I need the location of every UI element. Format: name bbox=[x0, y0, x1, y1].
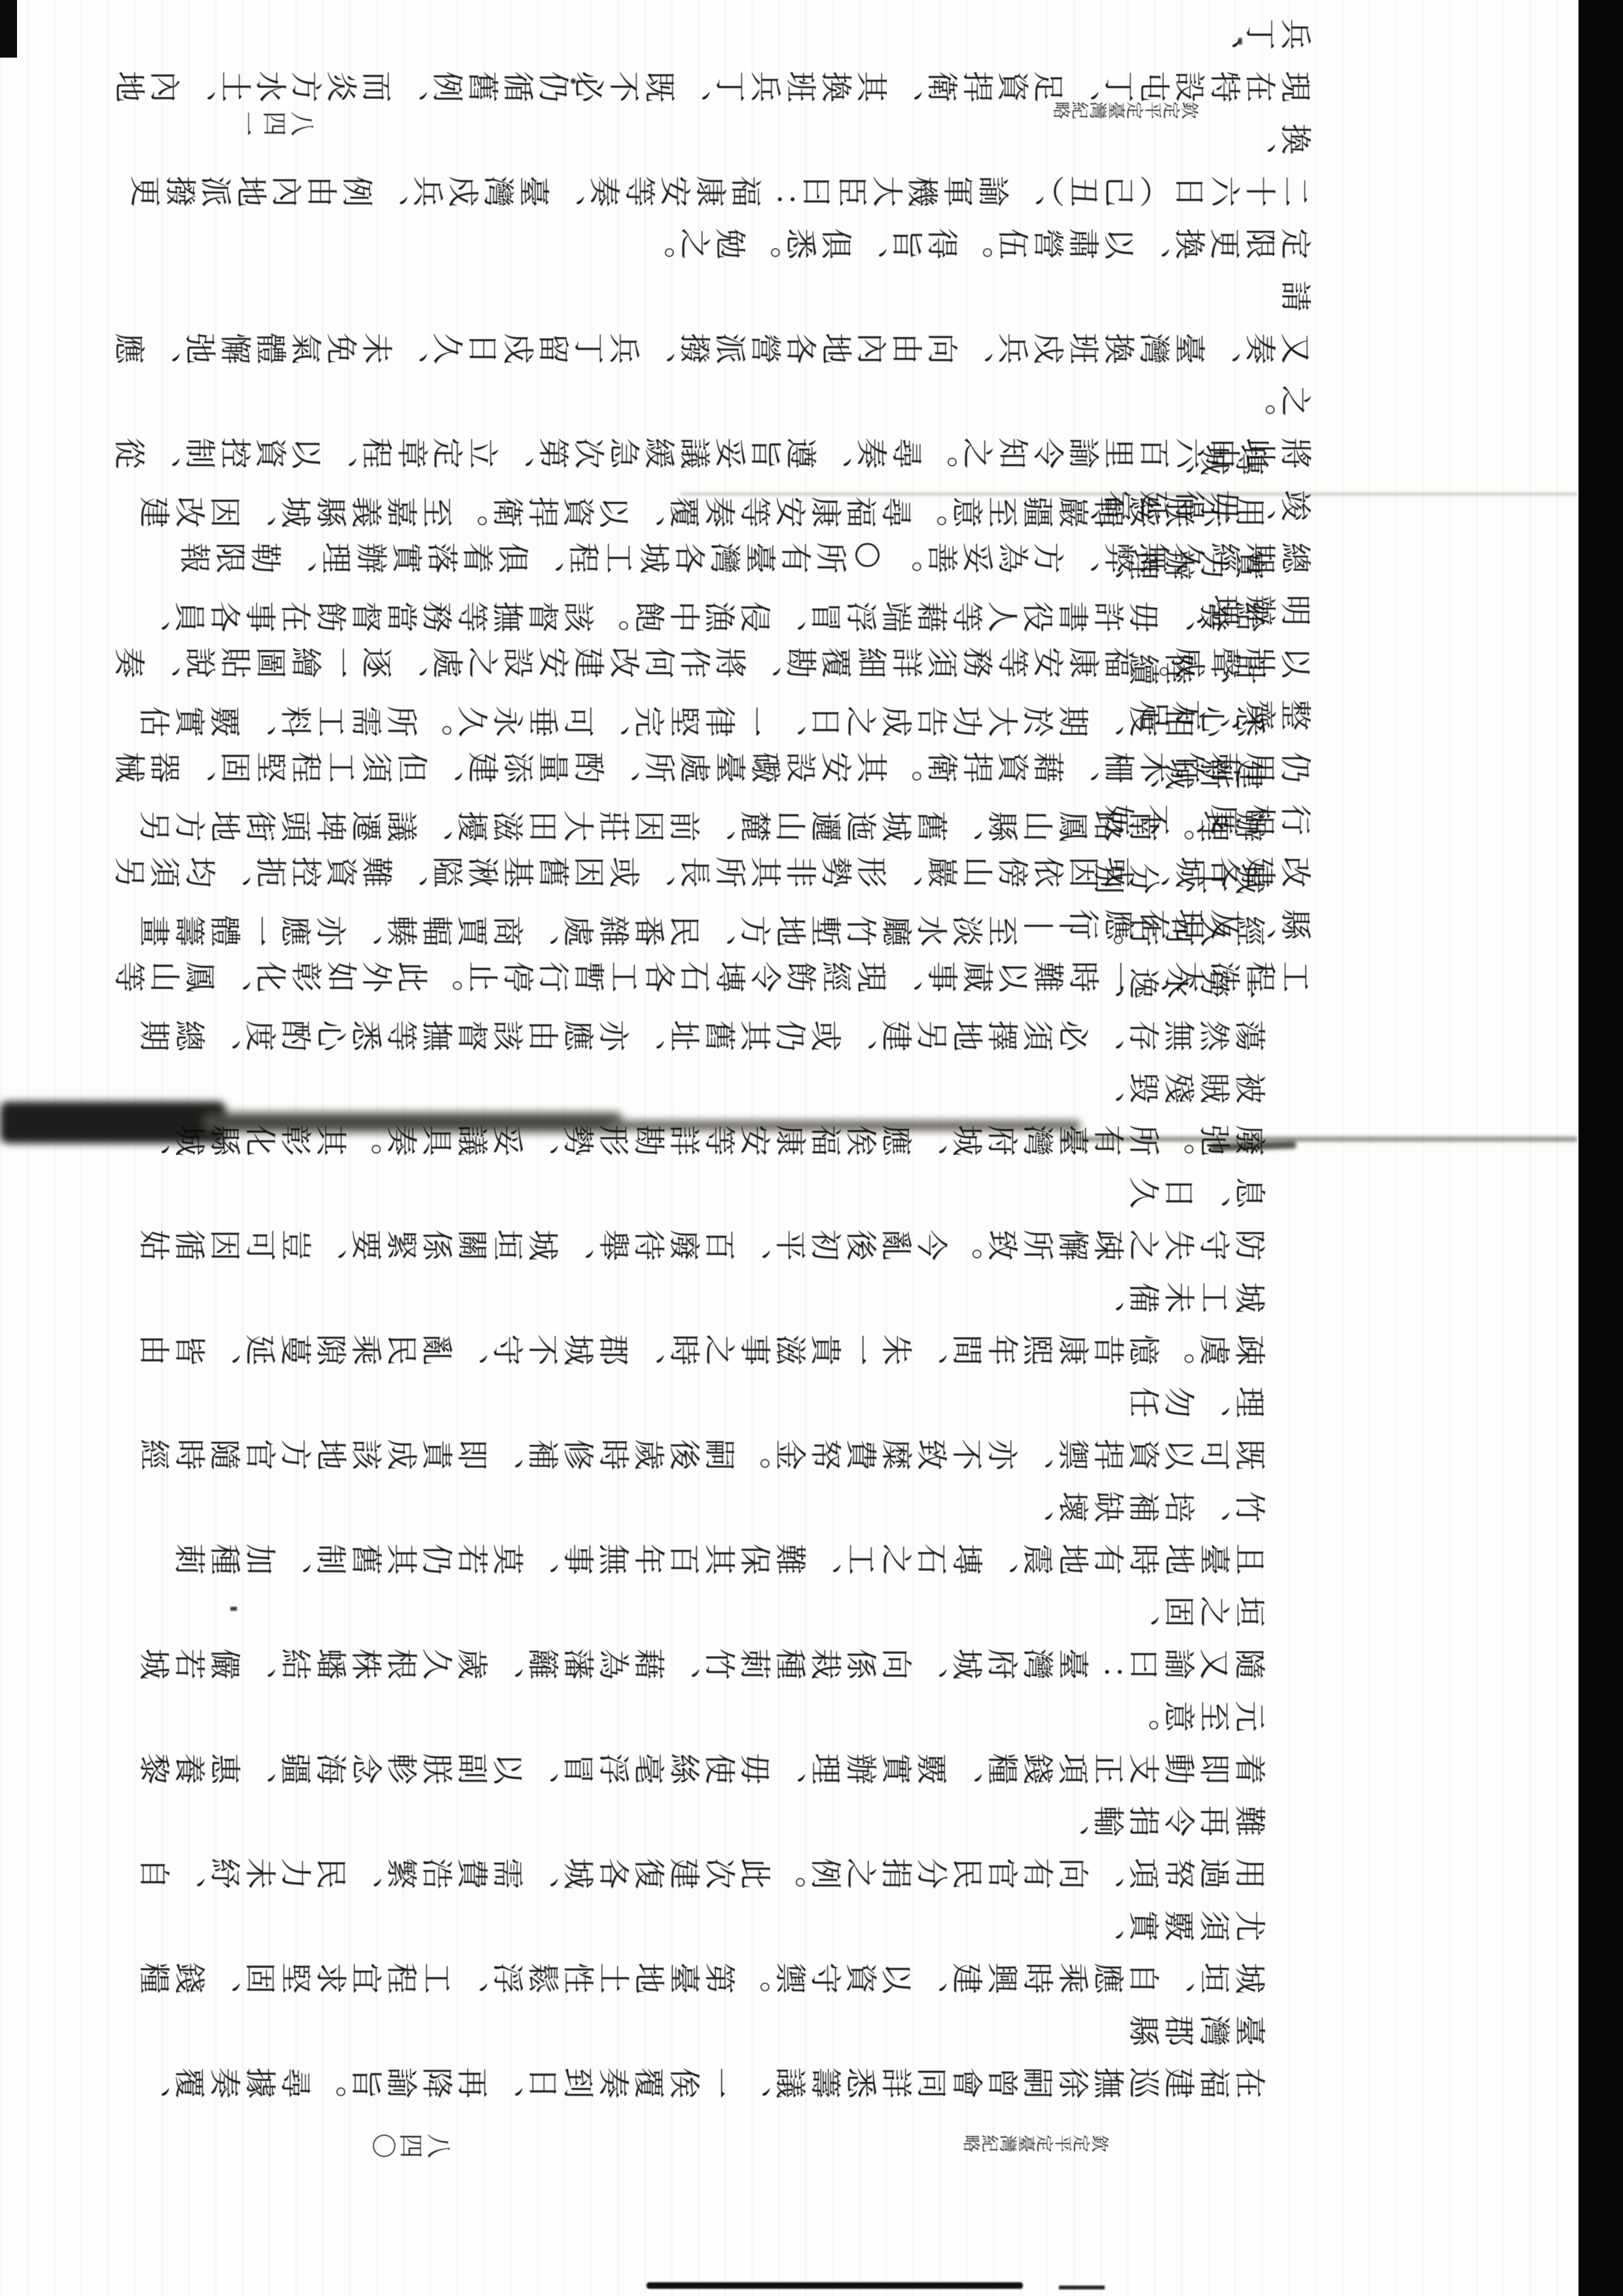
scanned-sheet: 工程浩大、一時難以蕆事、現經飭令塼石各工暫行停止。此外如彰化、鳳山等縣、及現在應… bbox=[0, 0, 1623, 2296]
text-column: 着即動支正項錢糧、覈實辦理、毋使絲毫浮冒、以副朕軫念海疆、惠養黎元至意。 bbox=[108, 1687, 1266, 1792]
margin-title-bottom: 欽定平定臺灣紀略 bbox=[936, 2129, 1109, 2166]
text-column: 經久可行。——至淡水廳竹塹地方、民番雜處、商賈輻輳、亦應一體籌畫城工、分別 bbox=[108, 850, 1266, 954]
text-column: 又奏、臺灣換班戍兵、向由內地各營派撥、兵丁留戍日久、未免氣體懈弛、應請 bbox=[108, 267, 1312, 372]
corner-scan-mark bbox=[0, 0, 17, 58]
text-column: 蕩然無存、必須擇地另建、或仍其舊址、亦應由該督撫等悉心酌度、總期一勞永逸、 bbox=[108, 954, 1266, 1059]
text-column: 且臺地時有地震、塼石之工、難保其百年無事、莫若仍其舊制、加種莿竹、培補缺壞、 bbox=[108, 1478, 1266, 1583]
page-840-text: 在福建巡撫徐嗣曾會同詳悉籌議、一俟覆奏到日、再降諭旨。尋據奏覆、臺灣郡縣城垣、自… bbox=[108, 1268, 1266, 2106]
book-page-840: 在福建巡撫徐嗣曾會同詳悉籌議、一俟覆奏到日、再降諭旨。尋據奏覆、臺灣郡縣城垣、自… bbox=[108, 1268, 1266, 2106]
text-column: 每多不服、一經派撥渡臺、沾染烟瘴、輒致損傷、殊堪軫念。臺灣孤懸海外、地勢炎熱、 bbox=[108, 0, 1312, 5]
text-column: 悉心相度、期於大功告成之日、一律堅完、可垂永久。所需工料、覈實估計、陸續 bbox=[108, 640, 1266, 745]
text-column: 用過帑項、向有官民分捐之例。此次建復各城、需費浩繁、民力未紓、自難再令捐輸、 bbox=[108, 1792, 1266, 1897]
text-column: 既可以資捍禦、亦不致糜費帑金。嗣後歲時修補、即責成該地方官隨時經理、勿任 bbox=[108, 1373, 1266, 1478]
bottom-scan-streak bbox=[1059, 2286, 1105, 2289]
text-column: 廢弛。所有臺灣府城、應俟福康安等詳勘形勢、妥議具奏。其彰化縣城、被賊殘毀、 bbox=[108, 1059, 1266, 1164]
text-column: 辦理。南路鳳山縣、舊城迤邐山麓、前因莊大田滋擾、議遷埤頭街地方另建新城、 bbox=[108, 745, 1266, 850]
text-column: 疎虞。憶昔康熙年間、朱一貴滋事之時、郡城不守、亂民乘隙蔓延、皆由城工未備、 bbox=[108, 1268, 1266, 1373]
text-column: 城垣、自應乘時興建、以資守禦。第臺地土性鬆浮、工程宜求堅固、錢糧尤須覈實、 bbox=[108, 1897, 1266, 2001]
text-column: 防守失之疎懈所致。今亂後初平、百廢待舉、城垣關係緊要、豈可因循姑息、日久 bbox=[108, 1164, 1266, 1268]
text-column: 給發、毋許書役人等藉端浮冒、侵漁中飽。該督撫等務當督飭在事各員、實力辦理、 bbox=[108, 535, 1266, 640]
page-number-841: 八四一 bbox=[230, 104, 315, 134]
margin-title-top: 欽定平定臺灣紀略 bbox=[1052, 96, 1199, 128]
text-column: 用示朕綏輯巖疆至意。尋福康安等奏覆、以資捍衛。至嘉義縣城、因改建塼城、 bbox=[108, 431, 1266, 535]
bottom-scan-streak bbox=[647, 2282, 1023, 2289]
text-column: 現在特設屯丁、足資捍衛、其換班兵丁、既不必仍循舊例、而炎方水土、內地兵丁、 bbox=[108, 5, 1312, 110]
text-column: 在福建巡撫徐嗣曾會同詳悉籌議、一俟覆奏到日、再降諭旨。尋據奏覆、臺灣郡縣 bbox=[108, 2001, 1266, 2106]
text-column: 隨又諭曰：臺灣府城、向係栽種莿竹、藉為藩籬、歲久根株蟠結、儼若城垣之固、 bbox=[108, 1583, 1266, 1687]
scanner-edge-bar bbox=[1578, 0, 1623, 2296]
text-column: 定限更換、以肅營伍。得旨、俱悉。勉之。 bbox=[108, 215, 1312, 267]
page-number-840: 八四〇 bbox=[365, 2126, 452, 2157]
